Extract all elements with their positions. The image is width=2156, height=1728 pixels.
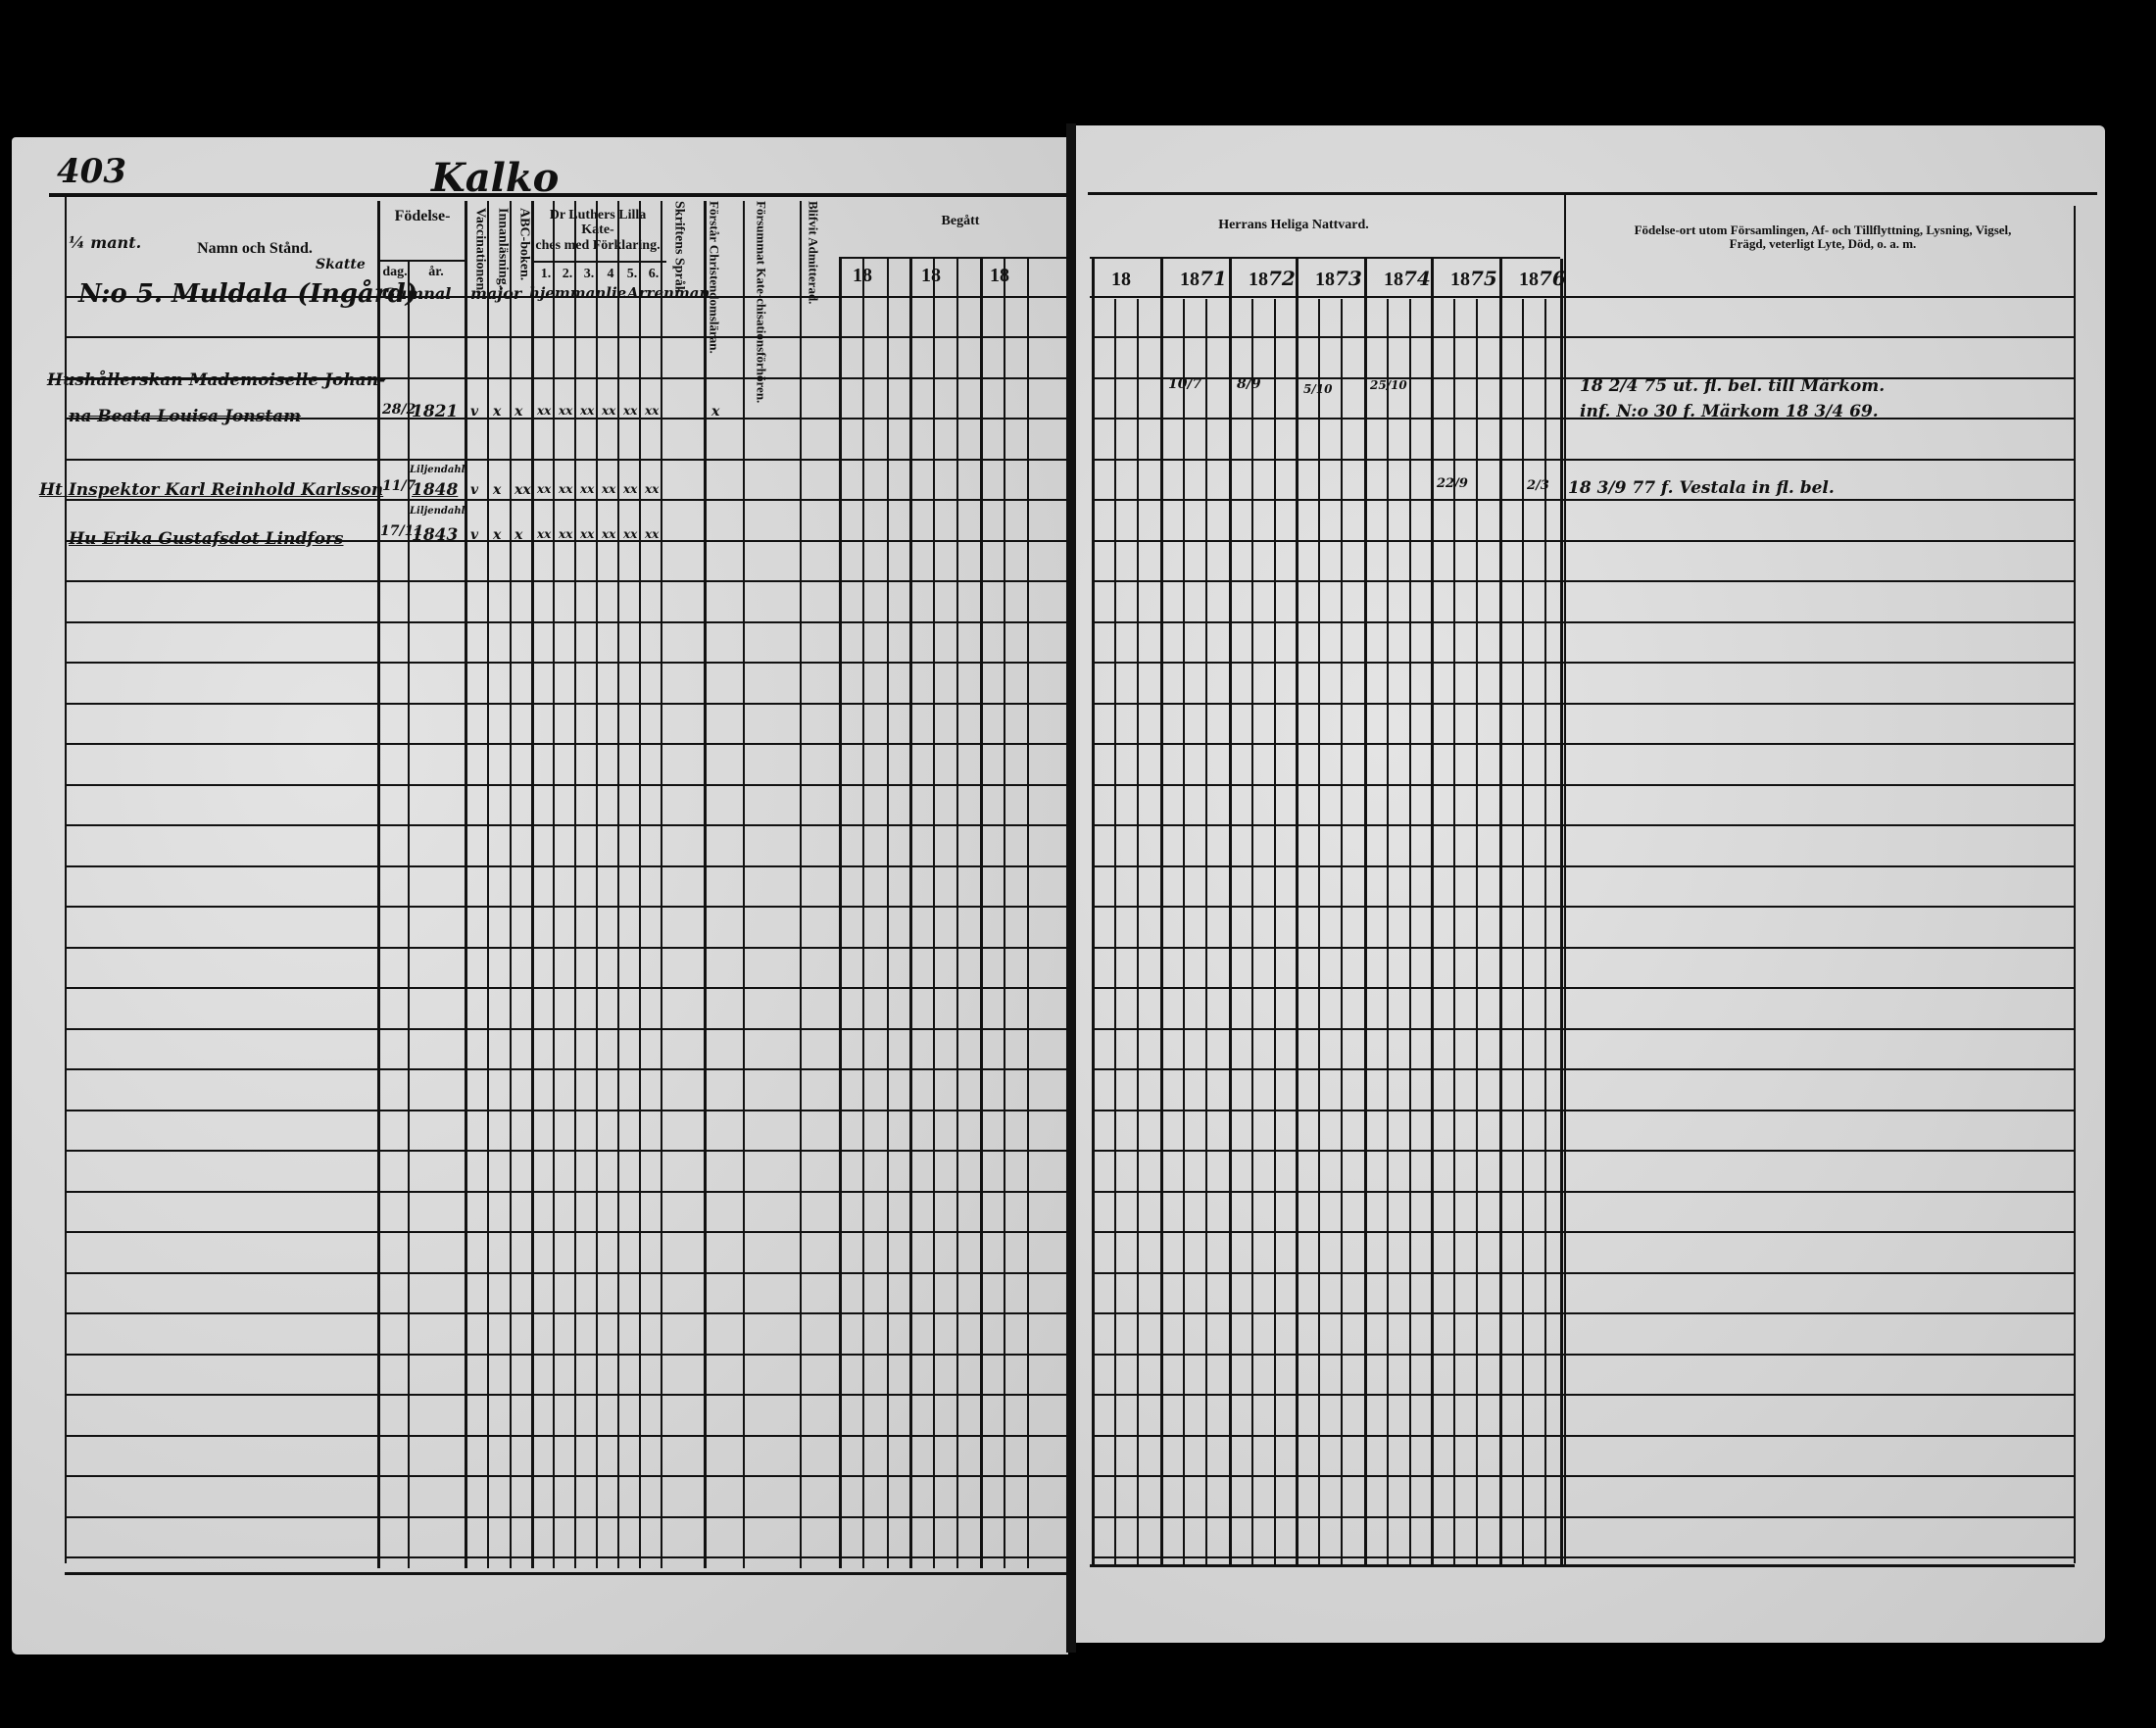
right-col-line-9: [1296, 259, 1298, 1564]
communion-year-7: 1876: [1519, 267, 1566, 291]
left-row-line-27: [67, 1435, 1066, 1437]
right-row-line-18: [1092, 1068, 2075, 1070]
left-col-line-22: [1004, 257, 1005, 1568]
remarks-left-border: [1564, 194, 1566, 1566]
communion-year-hand: 74: [1403, 267, 1431, 290]
communion-year-hand: 75: [1470, 267, 1497, 290]
begatt-subheader-rule: [840, 257, 1067, 259]
communion-entry-1873: 5/10: [1303, 382, 1332, 396]
left-col-line-19: [933, 257, 935, 1568]
household-annot-vacc: major: [470, 284, 521, 303]
right-row-line-13: [1092, 865, 2075, 867]
entry-2-name: Ht Inspektor Karl Reinhold Karlsson: [39, 480, 383, 500]
entry-1-cat-4: xx: [602, 404, 615, 418]
entry-2-abc: xx: [514, 482, 531, 498]
left-row-line-15: [67, 947, 1066, 949]
left-row-line-13: [67, 865, 1066, 867]
right-row-line-5: [1092, 540, 2075, 542]
left-row-line-22: [67, 1231, 1066, 1233]
entry-2-name-text: Inspektor Karl Reinhold Karlsson: [69, 480, 383, 500]
entry-3-abc: x: [514, 527, 522, 543]
left-row-line-19: [67, 1110, 1066, 1111]
remark-1-line1: 18 2/4 75 ut. fl. bel. till Märkom.: [1580, 376, 1885, 396]
left-col-line-9: [617, 201, 619, 1568]
right-row-line-27: [1092, 1435, 2075, 1437]
left-row-line-10: [67, 743, 1066, 745]
left-row-line-30: [67, 1556, 1066, 1558]
left-col-line-15: [839, 257, 842, 1568]
entry-2-birthplace: Liljendahl: [410, 465, 465, 475]
communion-year-hand: 71: [1200, 267, 1227, 290]
entry-3-birthplace: Liljendahl: [410, 506, 465, 517]
left-row-line-0: [67, 336, 1066, 338]
left-col-line-17: [887, 257, 889, 1568]
right-col-line-7: [1251, 299, 1253, 1564]
left-col-line-8: [596, 201, 598, 1568]
right-col-line-21: [1560, 259, 1563, 1564]
right-row-line-17: [1092, 1028, 2075, 1030]
left-col-line-20: [956, 257, 958, 1568]
household-annot-cat: hjemmanlie: [529, 284, 626, 302]
right-row-line-3: [1092, 459, 2075, 461]
right-row-line-0: [1092, 336, 2075, 338]
right-col-line-0: [1092, 259, 1095, 1564]
communion-entry-1872: 8/9: [1237, 376, 1261, 392]
communion-year-6: 1875: [1450, 267, 1497, 291]
entry-3-name: Hu Erika Gustafsdot Lindfors: [69, 529, 343, 549]
right-col-line-8: [1274, 299, 1276, 1564]
communion-year-hand: 73: [1335, 267, 1362, 290]
entry-1-cat-6: xx: [645, 404, 659, 418]
communion-year-printed: 18: [1249, 269, 1268, 290]
communion-year-1: 18: [1111, 267, 1131, 291]
entry-1-cat-3: xx: [580, 404, 594, 418]
header-vaccination: Vaccinationen.: [472, 208, 487, 296]
right-col-line-15: [1431, 259, 1434, 1564]
entry-1-cat-5: xx: [623, 404, 637, 418]
right-row-line-28: [1092, 1475, 2075, 1477]
right-col-line-19: [1522, 299, 1524, 1564]
remarks-right-border: [2074, 206, 2076, 1563]
entry-2-cat-4: xx: [602, 482, 615, 496]
begatt-year-3: 18: [990, 265, 1009, 287]
right-col-line-14: [1409, 299, 1411, 1564]
left-row-line-7: [67, 621, 1066, 623]
entry-2-cat-2: xx: [559, 482, 572, 496]
entry-1-scripture: x: [711, 404, 719, 420]
communion-year-hand: 72: [1268, 267, 1296, 290]
left-row-line-9: [67, 703, 1066, 705]
right-col-line-11: [1341, 299, 1343, 1564]
header-begatt: Begått: [921, 214, 1000, 228]
right-col-line-10: [1318, 299, 1320, 1564]
left-col-line-21: [980, 257, 983, 1568]
entry-2-vacc: v: [470, 482, 478, 498]
communion-entry-1871: 10/7: [1168, 376, 1201, 392]
right-col-line-4: [1183, 299, 1185, 1564]
left-row-line-11: [67, 784, 1066, 786]
left-col-line-11: [661, 201, 662, 1568]
entry-1-cat-2: xx: [559, 404, 572, 418]
household-annot-birth: Gumnal: [382, 284, 451, 303]
right-row-line-11: [1092, 784, 2075, 786]
right-col-line-18: [1499, 259, 1502, 1564]
right-bottom-rule: [1090, 1564, 2075, 1567]
header-admitted: Blifvit Admitterad.: [807, 201, 820, 309]
right-col-line-13: [1387, 299, 1389, 1564]
entry-3-cat-4: xx: [602, 527, 615, 541]
header-name: Namn och Stånd.: [157, 240, 353, 258]
right-row-line-25: [1092, 1354, 2075, 1356]
left-col-line-12: [704, 201, 707, 1568]
left-col-line-13: [743, 201, 745, 1568]
right-col-line-2: [1137, 299, 1139, 1564]
left-row-line-14: [67, 906, 1066, 908]
header-communion: Herrans Heliga Nattvard.: [1176, 218, 1411, 232]
right-row-line-20: [1092, 1150, 2075, 1152]
left-col-line-7: [574, 201, 576, 1568]
page-number: 403: [57, 152, 126, 191]
entry-3-reading: x: [493, 527, 501, 543]
left-col-line-3: [487, 201, 489, 1568]
right-col-line-3: [1160, 259, 1163, 1564]
right-col-line-6: [1229, 259, 1232, 1564]
left-row-line-29: [67, 1516, 1066, 1518]
right-col-line-17: [1476, 299, 1478, 1564]
entry-2-cat-5: xx: [623, 482, 637, 496]
birth-subheader-rule: [378, 260, 466, 262]
header-birth-year: år.: [412, 265, 461, 279]
left-row-line-26: [67, 1394, 1066, 1396]
header-birth: Födelse-: [380, 208, 465, 225]
communion-year-printed: 18: [1384, 269, 1403, 290]
right-row-line-4: [1092, 499, 2075, 501]
communion-year-printed: 18: [1111, 269, 1131, 290]
entry-1-cat-1: xx: [537, 404, 551, 418]
left-row-line-6: [67, 580, 1066, 582]
household-name: N:o 5. Muldala (Ingård): [78, 279, 417, 309]
header-reading: Innanläsning.: [495, 208, 510, 296]
right-row-line-19: [1092, 1110, 2075, 1111]
left-col-line-1: [408, 260, 410, 1568]
right-row-line-6: [1092, 580, 2075, 582]
right-row-line-10: [1092, 743, 2075, 745]
top-rule: [49, 193, 1068, 197]
right-row-line-24: [1092, 1312, 2075, 1314]
right-col-line-12: [1364, 259, 1367, 1564]
left-row-line-23: [67, 1272, 1066, 1274]
entry-3-year: 1843: [412, 525, 458, 545]
right-top-rule: [1088, 192, 2097, 195]
header-remarks-line1: Födelse-ort utom Församlingen, Af- och T…: [1588, 223, 2058, 237]
header-neglected: Försummat Kate-chisationsförhören.: [755, 201, 768, 309]
right-col-line-5: [1205, 299, 1207, 1564]
right-row-line-30: [1092, 1556, 2075, 1558]
left-col-line-6: [553, 201, 555, 1568]
book-spine: [1066, 123, 1076, 1653]
communion-year-4: 1873: [1315, 267, 1362, 291]
entry-1-name-line1: Hushållerskan Mademoiselle Johan-: [47, 370, 385, 390]
right-row-line-9: [1092, 703, 2075, 705]
entry-3-cat-6: xx: [645, 527, 659, 541]
entry-3-cat-5: xx: [623, 527, 637, 541]
communion-year-2: 1871: [1180, 267, 1227, 291]
entry-1-vacc: v: [470, 404, 478, 420]
right-row-line-12: [1092, 824, 2075, 826]
entry-2-prefix: Ht: [39, 480, 63, 500]
header-remarks-line2: Frägd, veterligt Lyte, Död, o. a. m.: [1588, 237, 2058, 251]
header-remarks: Födelse-ort utom Församlingen, Af- och T…: [1588, 223, 2058, 252]
left-col-line-23: [1027, 257, 1029, 1568]
entry-1-name-line2: na Beata Louisa Jonstam: [69, 407, 301, 426]
entry-3-cat-1: xx: [537, 527, 551, 541]
header-abc: ABC-boken.: [516, 208, 531, 296]
entry-3-vacc: v: [470, 527, 478, 543]
left-col-line-5: [531, 201, 534, 1568]
table-bottom-rule: [65, 1572, 1066, 1575]
right-row-line-23: [1092, 1272, 2075, 1274]
left-row-line-18: [67, 1068, 1066, 1070]
right-header-bottom-rule: [1090, 296, 2075, 298]
left-row-line-21: [67, 1191, 1066, 1193]
communion-year-printed: 18: [1315, 269, 1335, 290]
entry-2-year: 1848: [412, 480, 458, 500]
left-col-line-2: [465, 201, 467, 1568]
entry-3-cat-3: xx: [580, 527, 594, 541]
left-row-line-24: [67, 1312, 1066, 1314]
right-row-line-16: [1092, 987, 2075, 989]
household-annot-more: Arrenman: [627, 284, 710, 302]
entry-3-cat-2: xx: [559, 527, 572, 541]
right-row-line-29: [1092, 1516, 2075, 1518]
entry-2-cat-1: xx: [537, 482, 551, 496]
left-col-line-10: [639, 201, 641, 1568]
left-col-line-4: [510, 201, 512, 1568]
left-col-line-0: [377, 201, 380, 1568]
begatt-year-2: 18: [921, 265, 941, 287]
communion-entry-1876: 2/3: [1527, 478, 1549, 493]
entry-1-year: 1821: [412, 402, 458, 421]
left-row-line-12: [67, 824, 1066, 826]
entry-1-reading: x: [493, 404, 501, 420]
entry-2-cat-6: xx: [645, 482, 659, 496]
left-row-line-17: [67, 1028, 1066, 1030]
right-col-line-1: [1114, 299, 1116, 1564]
communion-entry-1874: 25/10: [1370, 378, 1407, 392]
left-row-line-16: [67, 987, 1066, 989]
right-row-line-7: [1092, 621, 2075, 623]
left-row-line-3: [67, 459, 1066, 461]
left-row-line-20: [67, 1150, 1066, 1152]
right-row-line-22: [1092, 1231, 2075, 1233]
right-row-line-15: [1092, 947, 2075, 949]
communion-year-printed: 18: [1519, 269, 1539, 290]
header-birth-day: dag.: [380, 265, 410, 279]
left-col-line-16: [862, 257, 864, 1568]
table-left-border: [65, 196, 67, 1563]
communion-entry-1875: 22/9: [1437, 476, 1468, 491]
right-row-line-21: [1092, 1191, 2075, 1193]
left-col-line-18: [909, 257, 912, 1568]
left-row-line-8: [67, 662, 1066, 664]
right-row-line-26: [1092, 1394, 2075, 1396]
status-note: Skatte: [316, 257, 366, 272]
left-row-line-28: [67, 1475, 1066, 1477]
remark-2-line1: 18 3/9 77 f. Vestala in fl. bel.: [1568, 478, 1835, 498]
communion-year-printed: 18: [1450, 269, 1470, 290]
communion-year-5: 1874: [1384, 267, 1431, 291]
left-col-line-14: [800, 201, 802, 1568]
right-row-line-8: [1092, 662, 2075, 664]
left-row-line-25: [67, 1354, 1066, 1356]
margin-note: ¼ mant.: [69, 233, 141, 252]
communion-year-3: 1872: [1249, 267, 1296, 291]
entry-2-reading: x: [493, 482, 501, 498]
remark-1-line2: inf. N:o 30 f. Märkom 18 3/4 69.: [1580, 402, 1879, 421]
entry-1-abc: x: [514, 404, 522, 420]
communion-year-printed: 18: [1180, 269, 1200, 290]
right-row-line-14: [1092, 906, 2075, 908]
entry-2-cat-3: xx: [580, 482, 594, 496]
